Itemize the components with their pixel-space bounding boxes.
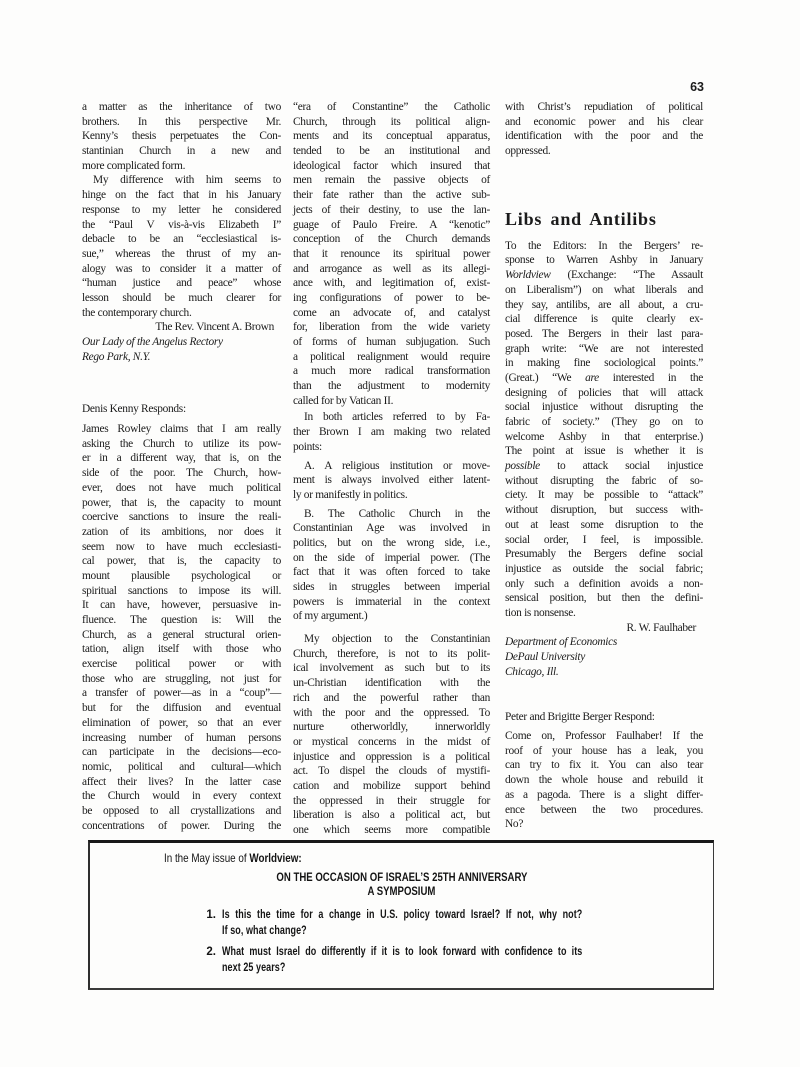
text-line: Church, as a general structural orien- bbox=[82, 628, 281, 643]
column-right: with Christ’s repudiation of politicalan… bbox=[505, 100, 703, 832]
text-line: My difference with him seems to bbox=[82, 173, 281, 188]
text-line: without disruption, but success with- bbox=[505, 503, 703, 518]
text-line: Denis Kenny Responds: bbox=[82, 402, 281, 417]
symposium-title: ON THE OCCASION OF ISRAEL’S 25TH ANNIVER… bbox=[90, 871, 713, 884]
text-line: for, liberation from the wide variety bbox=[293, 320, 490, 335]
text-line: welcome Ashby in that enterprise.) bbox=[505, 430, 703, 445]
text-line: Come on, Professor Faulhaber! If the bbox=[505, 729, 703, 744]
text-line: called for by Vatican II. bbox=[293, 394, 490, 409]
text-line: liberation is also a political act, but bbox=[293, 808, 490, 823]
text-line: It can have, however, persuasive in- bbox=[82, 598, 281, 613]
text-line: To the Editors: In the Bergers’ re- bbox=[505, 239, 703, 254]
text-line: only such a definition avoids a non- bbox=[505, 577, 703, 592]
text-line: spiritual sanctions to impose its will. bbox=[82, 584, 281, 599]
text-line: and economic power and his clear bbox=[505, 115, 703, 130]
address-italic: Our Lady of the Angelus RectoryRego Park… bbox=[82, 335, 281, 364]
text-line: act. To dispel the clouds of mystifi- bbox=[293, 764, 490, 779]
text-line: a much more radical transformation bbox=[293, 364, 490, 379]
text-line: ing configurations of power to be- bbox=[293, 291, 490, 306]
paragraph: My objection to the ConstantinianChurch,… bbox=[293, 632, 490, 838]
text-line: can try to fix it. You can also tear bbox=[505, 758, 703, 773]
text-line: as a pagoda. There is a slight differ- bbox=[505, 788, 703, 803]
text-line: ment is always involved either latent- bbox=[293, 473, 490, 488]
magazine-page: 63 a matter as the inheritance of twobro… bbox=[0, 0, 800, 1067]
text-line: brothers. In this perspective Mr. bbox=[82, 115, 281, 130]
text-line: elimination of power, so that an ever bbox=[82, 716, 281, 731]
text-line: with Christ’s repudiation of political bbox=[505, 100, 703, 115]
text-line: coercive sanctions to insure the reali- bbox=[82, 510, 281, 525]
text-line: ly or manifestly in politics. bbox=[293, 488, 490, 503]
text-line: cial difference is quite clearly ex- bbox=[505, 312, 703, 327]
text-line: be opposed to all crystallizations and bbox=[82, 804, 281, 819]
notice-intro-line: In the May issue of Worldview: bbox=[164, 851, 713, 865]
symposium-announcement-box: In the May issue of Worldview: ON THE OC… bbox=[88, 840, 714, 990]
text-line: oppressed. bbox=[505, 144, 703, 159]
text-line: sue,” whereas the thrust of my an- bbox=[82, 247, 281, 262]
text-line: tation, align itself with those who bbox=[82, 642, 281, 657]
text-line: social order, I feel, is impossible. bbox=[505, 533, 703, 548]
text-line: seem now to have much ecclesiasti- bbox=[82, 540, 281, 555]
text-line: (Great.) “We are interested in the bbox=[505, 371, 703, 386]
paragraph: Come on, Professor Faulhaber! If theroof… bbox=[505, 729, 703, 832]
text-line: zation of its ambitions, nor does it bbox=[82, 525, 281, 540]
text-line: R. W. Faulhaber bbox=[505, 621, 696, 636]
text-line: with the poor and the oppressed. To bbox=[293, 706, 490, 721]
text-line: than the adjustment to modernity bbox=[293, 379, 490, 394]
responder-heading: Denis Kenny Responds: bbox=[82, 402, 281, 417]
text-line: concentrations of power. During the bbox=[82, 819, 281, 834]
attribution: The Rev. Vincent A. Brown bbox=[82, 320, 281, 335]
text-line: the “Paul V vis-à-vis Elizabeth I” bbox=[82, 218, 281, 233]
notice-intro-text: In the May issue of bbox=[164, 851, 247, 865]
text-line: lesson should be much clearer for bbox=[82, 291, 281, 306]
text-line: one which seems more compatible bbox=[293, 823, 490, 838]
text-line: cal power, that is, the capacity to bbox=[82, 554, 281, 569]
text-line: B. The Catholic Church in the bbox=[293, 507, 490, 522]
text-line: ical involvement as such but to its bbox=[293, 661, 490, 676]
text-line: In both articles referred to by Fa- bbox=[293, 410, 490, 425]
paragraph: a matter as the inheritance of twobrothe… bbox=[82, 100, 281, 173]
text-line: designing of policies that will attack bbox=[505, 386, 703, 401]
text-line: those who are struggling, not just for bbox=[82, 672, 281, 687]
text-line: roof of your house has a leak, you bbox=[505, 744, 703, 759]
text-line: on the side of imperial power. (The bbox=[293, 551, 490, 566]
text-line: James Rowley claims that I am really bbox=[82, 422, 281, 437]
text-line: injustice as outside the social fabric; bbox=[505, 562, 703, 577]
text-line: jects of their destiny, to use the lan- bbox=[293, 203, 490, 218]
text-line: in making fine sociological points.” bbox=[505, 356, 703, 371]
text-line: What must Israel do differently if it is… bbox=[222, 944, 582, 960]
text-line: and arrogance as well as its allegi- bbox=[293, 262, 490, 277]
text-line: Peter and Brigitte Berger Respond: bbox=[505, 710, 703, 725]
paragraph: “era of Constantine” the CatholicChurch,… bbox=[293, 100, 490, 408]
symposium-questions: 1.Is this the time for a change in U.S. … bbox=[202, 907, 713, 976]
attribution: R. W. Faulhaber bbox=[505, 621, 703, 636]
text-line: DePaul University bbox=[505, 650, 703, 665]
text-line: injustice and oppression is a political bbox=[293, 750, 490, 765]
question-number: 1. bbox=[202, 907, 216, 939]
text-line: “human justice and peace” whose bbox=[82, 276, 281, 291]
text-line: un-Christian identification with the bbox=[293, 676, 490, 691]
text-line: No? bbox=[505, 817, 703, 832]
symposium-subtitle: A SYMPOSIUM bbox=[90, 885, 713, 898]
text-line: down the whole house and rebuild it bbox=[505, 773, 703, 788]
text-line: posed. The Bergers in their last para- bbox=[505, 327, 703, 342]
text-line: fluence. The question is: Will the bbox=[82, 613, 281, 628]
text-line: A. A religious institution or move- bbox=[293, 459, 490, 474]
text-line: on Liberalism”) on what liberals and bbox=[505, 283, 703, 298]
text-line: points: bbox=[293, 440, 490, 455]
text-line: identification with the poor and the bbox=[505, 129, 703, 144]
symposium-question: 2.What must Israel do differently if it … bbox=[202, 944, 713, 976]
paragraph: James Rowley claims that I am reallyaski… bbox=[82, 422, 281, 833]
text-line: a transfer of power—as in a “coup”— bbox=[82, 686, 281, 701]
text-line: The point at issue is whether it is bbox=[505, 444, 703, 459]
text-line: sides in struggles between imperial bbox=[293, 580, 490, 595]
text-line: ther Brown I am making two related bbox=[293, 425, 490, 440]
text-line: men remain the passive objects of bbox=[293, 173, 490, 188]
text-line: Constantinian Age was involved in bbox=[293, 521, 490, 536]
text-line: conception of the Church demands bbox=[293, 232, 490, 247]
text-line: er in a different way, that is, on the bbox=[82, 451, 281, 466]
text-line: debacle to be an “ecclesiastical is- bbox=[82, 232, 281, 247]
text-line: If so, what change? bbox=[222, 923, 582, 939]
question-text: Is this the time for a change in U.S. po… bbox=[222, 907, 684, 939]
text-line: the Church would in every context bbox=[82, 789, 281, 804]
text-line: ence between the two procedures. bbox=[505, 803, 703, 818]
text-line: Chicago, Ill. bbox=[505, 665, 703, 680]
text-line: power, that is, the capacity to mount bbox=[82, 496, 281, 511]
responder-heading: Peter and Brigitte Berger Respond: bbox=[505, 710, 703, 725]
text-line: next 25 years? bbox=[222, 960, 582, 976]
text-line: can participate in the decisions—eco- bbox=[82, 745, 281, 760]
text-line: affect their lives? In the latter case bbox=[82, 775, 281, 790]
address-italic: Department of EconomicsDePaul University… bbox=[505, 635, 703, 679]
text-line: tion is nonsense. bbox=[505, 606, 703, 621]
text-line: alogy was to consider it a matter of bbox=[82, 262, 281, 277]
text-line: The Rev. Vincent A. Brown bbox=[82, 320, 274, 335]
column-left: a matter as the inheritance of twobrothe… bbox=[82, 100, 281, 833]
text-line: sensical position, but then the defini- bbox=[505, 591, 703, 606]
paragraph: My difference with him seems tohinge on … bbox=[82, 173, 281, 320]
text-line: of my argument.) bbox=[293, 609, 490, 624]
paragraph: In both articles referred to by Fa-ther … bbox=[293, 410, 490, 454]
text-line: their fate rather than the active sub- bbox=[293, 188, 490, 203]
text-line: Department of Economics bbox=[505, 635, 703, 650]
text-line: ideological factor which insured that bbox=[293, 159, 490, 174]
text-line: rich and the powerful rather than bbox=[293, 691, 490, 706]
text-line: response to my letter he considered bbox=[82, 203, 281, 218]
column-middle: “era of Constantine” the CatholicChurch,… bbox=[293, 100, 490, 838]
text-line: mount plausible psychological or bbox=[82, 569, 281, 584]
text-line: of forms of human subjugation. Such bbox=[293, 335, 490, 350]
text-line: Presumably the Bergers define social bbox=[505, 547, 703, 562]
text-line: “era of Constantine” the Catholic bbox=[293, 100, 490, 115]
text-line: the contemporary church. bbox=[82, 306, 281, 321]
text-line: Kenny’s thesis perpetuates the Con- bbox=[82, 129, 281, 144]
text-line: fabric of society.” (They go on to bbox=[505, 415, 703, 430]
text-line: Church, through its political align- bbox=[293, 115, 490, 130]
text-line: Rego Park, N.Y. bbox=[82, 350, 281, 365]
paragraph: B. The Catholic Church in theConstantini… bbox=[293, 507, 490, 625]
text-line: Libs and Antilibs bbox=[505, 207, 703, 231]
text-line: Our Lady of the Angelus Rectory bbox=[82, 335, 281, 350]
text-line: guage of Paulo Freire. A “kenotic” bbox=[293, 218, 490, 233]
text-line: out at least some disruption to the bbox=[505, 518, 703, 533]
text-line: sponse to Warren Ashby in January bbox=[505, 253, 703, 268]
question-text: What must Israel do differently if it is… bbox=[222, 944, 684, 976]
text-line: ciety. It may be possible to “attack” bbox=[505, 488, 703, 503]
text-line: the oppressed in their struggle for bbox=[293, 794, 490, 809]
text-line: possible to attack social injustice bbox=[505, 459, 703, 474]
text-line: social injustice without disrupting the bbox=[505, 400, 703, 415]
text-line: exercise political power or with bbox=[82, 657, 281, 672]
text-line: that it renounce its spiritual power bbox=[293, 247, 490, 262]
text-line: without disrupting the fabric of so- bbox=[505, 474, 703, 489]
text-line: ever, does not have much political bbox=[82, 481, 281, 496]
symposium-question: 1.Is this the time for a change in U.S. … bbox=[202, 907, 713, 939]
text-line: Is this the time for a change in U.S. po… bbox=[222, 907, 582, 923]
paragraph: To the Editors: In the Bergers’ re-spons… bbox=[505, 239, 703, 621]
text-line: stantinian Church in a new and bbox=[82, 144, 281, 159]
text-line: increasing number of human persons bbox=[82, 731, 281, 746]
text-line: tended to be an institutional and bbox=[293, 144, 490, 159]
text-line: or mystical concerns in the midst of bbox=[293, 735, 490, 750]
page-number: 63 bbox=[676, 80, 704, 94]
text-line: more complicated form. bbox=[82, 159, 281, 174]
text-line: but for the diffusion and eventual bbox=[82, 701, 281, 716]
magazine-name: Worldview: bbox=[249, 851, 301, 865]
text-line: cation and mobilize support behind bbox=[293, 779, 490, 794]
question-number: 2. bbox=[202, 944, 216, 976]
text-line: ance with, and legitimation of, exist- bbox=[293, 276, 490, 291]
text-line: Worldview (Exchange: “The Assault bbox=[505, 268, 703, 283]
text-line: ments and its conceptual apparatus, bbox=[293, 129, 490, 144]
text-line: politics, but on the wrong side, i.e., bbox=[293, 536, 490, 551]
text-line: come an advocate of, and catalyst bbox=[293, 306, 490, 321]
text-line: nurture otherworldly, innerworldly bbox=[293, 720, 490, 735]
text-line: powers is immaterial in the context bbox=[293, 595, 490, 610]
text-line: fact that it was often forced to take bbox=[293, 565, 490, 580]
text-line: My objection to the Constantinian bbox=[293, 632, 490, 647]
text-line: nomic, political and cultural—which bbox=[82, 760, 281, 775]
text-line: a matter as the inheritance of two bbox=[82, 100, 281, 115]
section-heading: Libs and Antilibs bbox=[505, 207, 703, 231]
text-line: hinge on the fact that in his January bbox=[82, 188, 281, 203]
paragraph: A. A religious institution or move-ment … bbox=[293, 459, 490, 503]
paragraph: with Christ’s repudiation of politicalan… bbox=[505, 100, 703, 159]
text-line: they say, antilibs, are all about, a cru… bbox=[505, 298, 703, 313]
text-line: Church, therefore, is not to its polit- bbox=[293, 647, 490, 662]
text-line: asking the Church to utilize its pow- bbox=[82, 437, 281, 452]
text-line: graph write: “We are not interested bbox=[505, 342, 703, 357]
text-line: a political realignment would require bbox=[293, 350, 490, 365]
text-line: side of the poor. The Church, how- bbox=[82, 466, 281, 481]
